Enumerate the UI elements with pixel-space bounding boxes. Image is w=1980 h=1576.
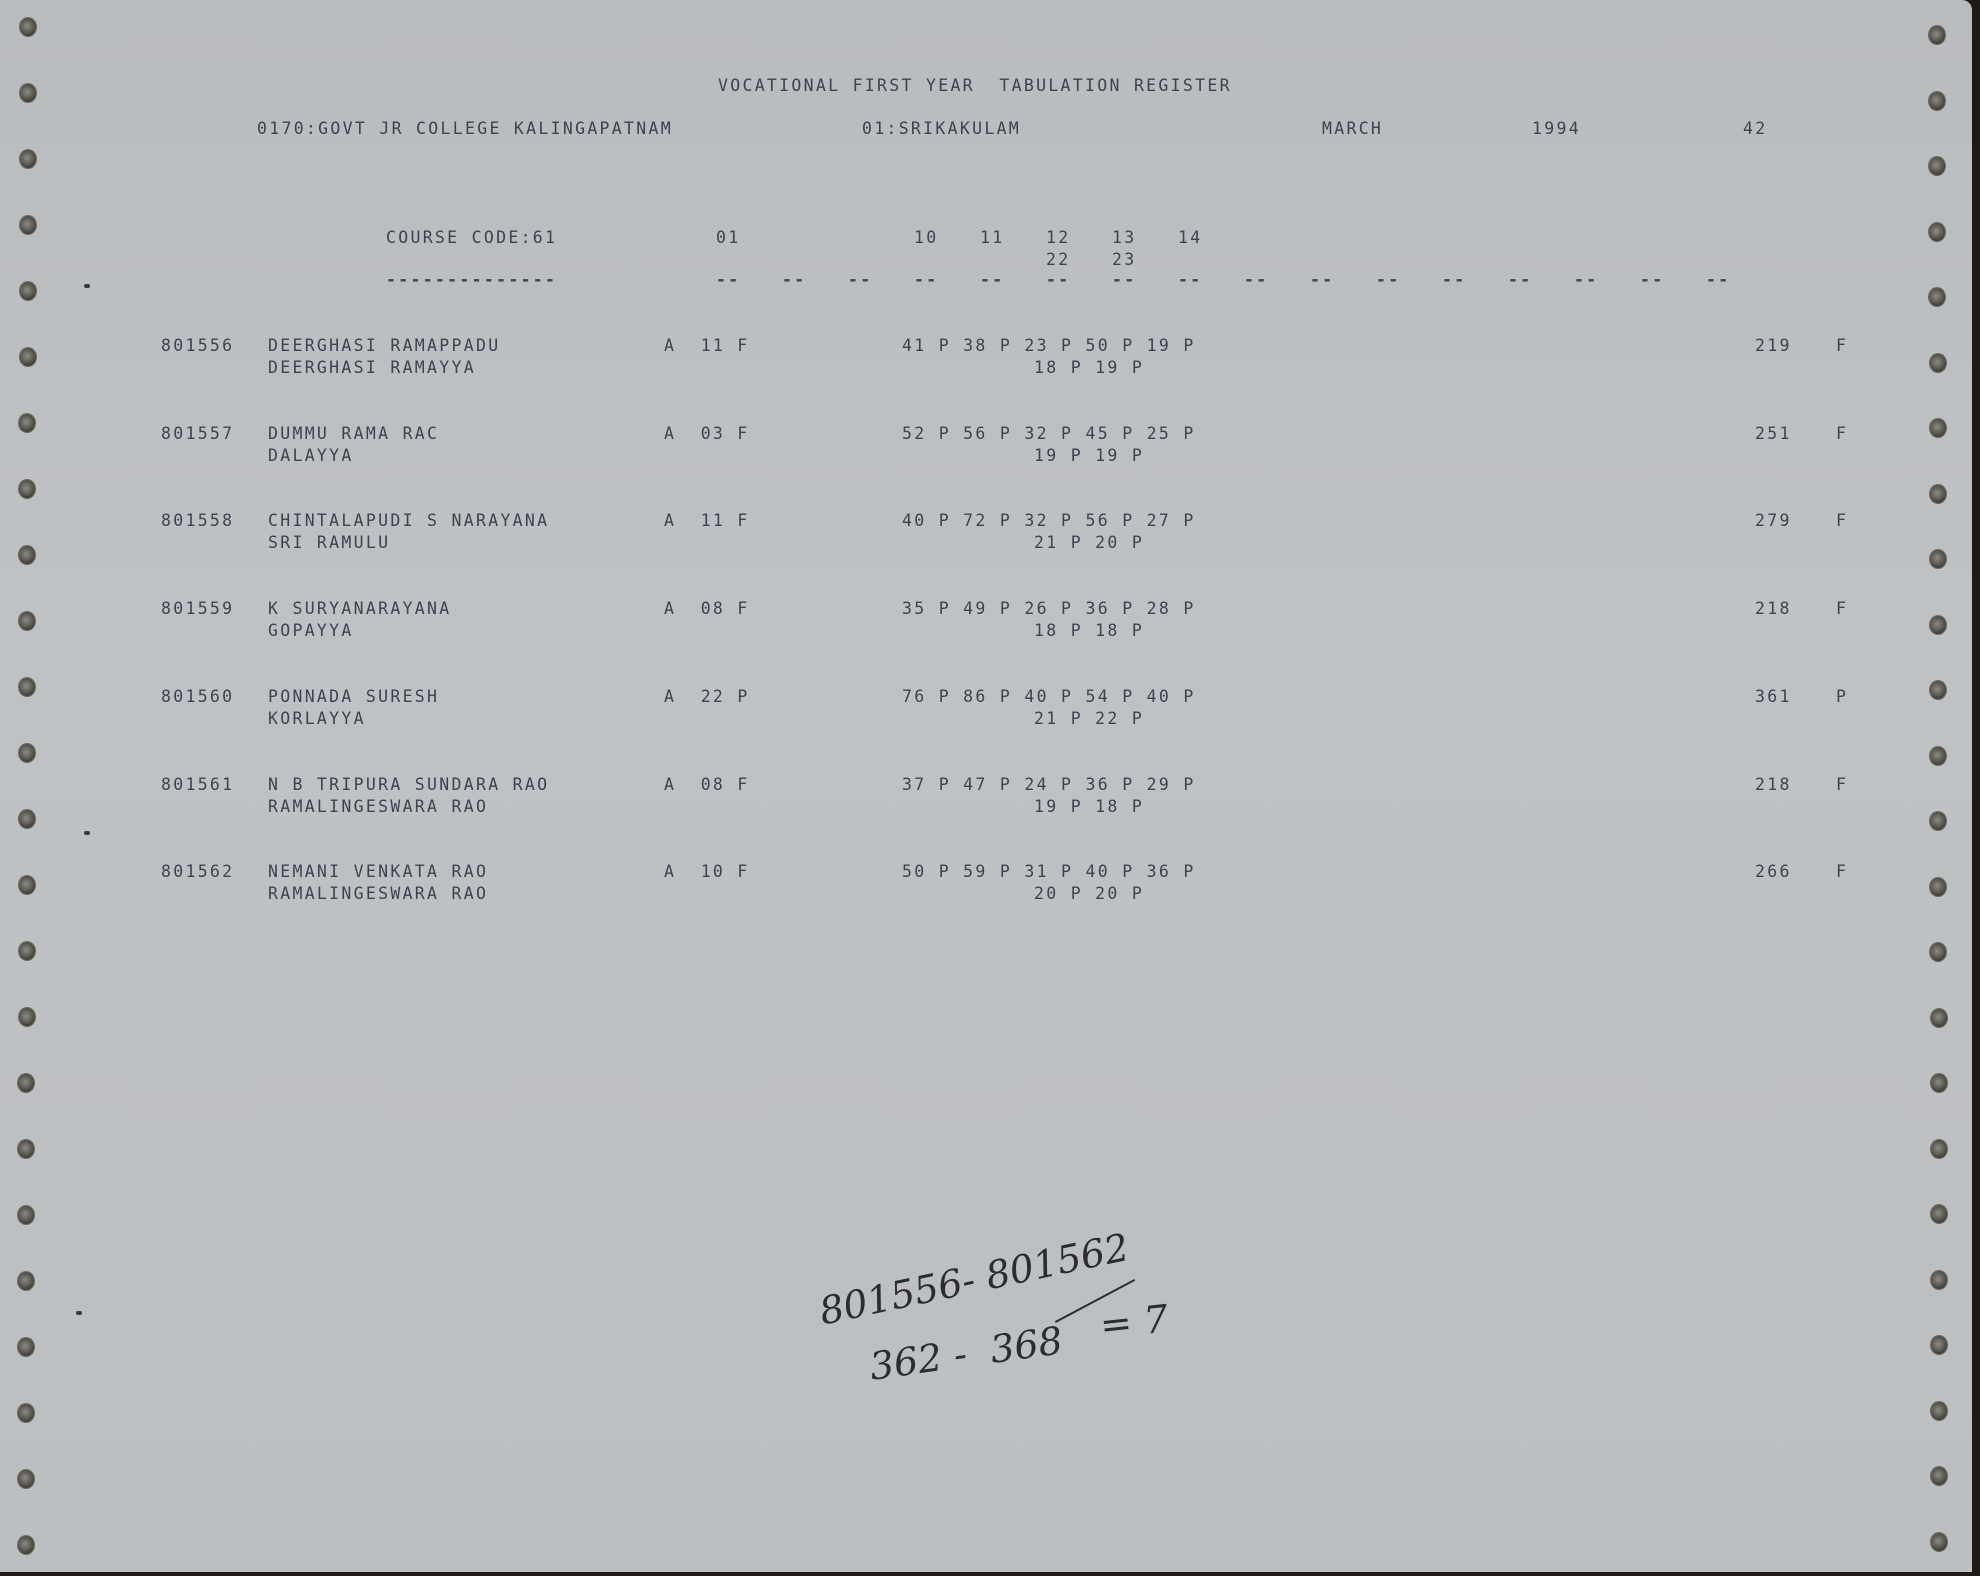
student-name: N B TRIPURA SUNDARA RAO — [268, 775, 549, 795]
column-dash: -- — [782, 270, 806, 290]
parent-name: GOPAYYA — [268, 621, 354, 641]
column-dash: -- — [1508, 270, 1532, 290]
sprocket-hole — [18, 1404, 34, 1422]
parent-name: DEERGHASI RAMAYYA — [268, 358, 476, 378]
subject-code: 12 — [1046, 228, 1070, 248]
part1-result: A 10 F — [664, 862, 750, 882]
sprocket-hole — [19, 744, 35, 762]
printout-page: VOCATIONAL FIRST YEAR TABULATION REGISTE… — [0, 0, 1972, 1572]
sprocket-hole — [19, 480, 35, 498]
sprocket-hole — [1930, 681, 1946, 699]
sprocket-hole — [1931, 1336, 1947, 1354]
part1-result: A 22 P — [664, 687, 750, 707]
subject-marks: 41 P 38 P 23 P 50 P 19 P — [902, 336, 1196, 356]
column-dash: -- — [1640, 270, 1664, 290]
sprocket-hole — [1930, 354, 1946, 372]
final-result: P — [1836, 687, 1848, 707]
course-code-label: COURSE CODE:61 — [386, 228, 557, 248]
column-dash: -- — [848, 270, 872, 290]
page-number: 42 — [1743, 119, 1767, 139]
subject-marks: 50 P 59 P 31 P 40 P 36 P — [902, 862, 1196, 882]
sprocket-hole — [1931, 1074, 1947, 1092]
sprocket-hole — [1930, 419, 1946, 437]
sprocket-hole — [1929, 223, 1945, 241]
total-marks: 218 — [1755, 599, 1792, 619]
sprocket-hole — [1931, 1205, 1947, 1223]
subject-code: 14 — [1178, 228, 1202, 248]
column-dash: -- — [1244, 270, 1268, 290]
district-name: 01:SRIKAKULAM — [862, 119, 1021, 139]
parent-name: KORLAYYA — [268, 709, 366, 729]
subject-code: 22 — [1046, 250, 1070, 270]
report-title: VOCATIONAL FIRST YEAR TABULATION REGISTE… — [718, 76, 1232, 96]
part1-result: A 03 F — [664, 424, 750, 444]
column-dash: -- — [1706, 270, 1730, 290]
sprocket-hole — [18, 1338, 34, 1356]
student-name: DUMMU RAMA RAC — [268, 424, 439, 444]
paper-speck — [84, 284, 90, 288]
parent-name: SRI RAMULU — [268, 533, 390, 553]
sprocket-hole — [18, 1272, 34, 1290]
final-result: F — [1836, 599, 1848, 619]
column-dash: -- — [716, 270, 740, 290]
hall-ticket-number: 801561 — [161, 775, 234, 795]
sprocket-hole — [1931, 1533, 1947, 1551]
column-dash: -- — [980, 270, 1004, 290]
subject-marks-second-line: 21 P 20 P — [1034, 533, 1144, 553]
sprocket-hole — [18, 1206, 34, 1224]
course-code-underline: -------------- — [386, 270, 557, 290]
subject-marks: 35 P 49 P 26 P 36 P 28 P — [902, 599, 1196, 619]
sprocket-hole — [19, 810, 35, 828]
sprocket-hole — [19, 612, 35, 630]
subject-marks: 76 P 86 P 40 P 54 P 40 P — [902, 687, 1196, 707]
student-name: DEERGHASI RAMAPPADU — [268, 336, 500, 356]
sprocket-hole — [1929, 288, 1945, 306]
sprocket-hole — [19, 1008, 35, 1026]
sprocket-hole — [1931, 1009, 1947, 1027]
handwritten-count: = 7 — [1098, 1297, 1170, 1348]
subject-marks-second-line: 18 P 19 P — [1034, 358, 1144, 378]
final-result: F — [1836, 862, 1848, 882]
sprocket-hole — [1931, 1467, 1947, 1485]
student-name: K SURYANARAYANA — [268, 599, 452, 619]
sprocket-hole — [1931, 1140, 1947, 1158]
total-marks: 251 — [1755, 424, 1792, 444]
hall-ticket-number: 801560 — [161, 687, 234, 707]
subject-marks: 52 P 56 P 32 P 45 P 25 P — [902, 424, 1196, 444]
hall-ticket-number: 801558 — [161, 511, 234, 531]
sprocket-hole — [1930, 878, 1946, 896]
sprocket-hole — [18, 1074, 34, 1092]
sprocket-hole — [1930, 616, 1946, 634]
hall-ticket-number: 801559 — [161, 599, 234, 619]
sprocket-hole — [19, 414, 35, 432]
sprocket-hole — [1929, 26, 1945, 44]
subject-code: 11 — [980, 228, 1004, 248]
total-marks: 266 — [1755, 862, 1792, 882]
hall-ticket-number: 801557 — [161, 424, 234, 444]
part1-result: A 11 F — [664, 511, 750, 531]
sprocket-hole — [19, 678, 35, 696]
exam-month: MARCH — [1322, 119, 1383, 139]
sprocket-hole — [18, 1140, 34, 1158]
subject-marks-second-line: 21 P 22 P — [1034, 709, 1144, 729]
subject-code: 23 — [1112, 250, 1136, 270]
subject-marks: 37 P 47 P 24 P 36 P 29 P — [902, 775, 1196, 795]
parent-name: RAMALINGESWARA RAO — [268, 884, 488, 904]
paper-speck — [76, 1311, 82, 1315]
column-dash: -- — [914, 270, 938, 290]
part1-result: A 11 F — [664, 336, 750, 356]
parent-name: DALAYYA — [268, 446, 354, 466]
handwritten-serial-range: 362 - 368 — [867, 1318, 1065, 1389]
sprocket-hole — [1930, 943, 1946, 961]
paper-speck — [84, 831, 90, 835]
subject-marks-second-line: 19 P 18 P — [1034, 797, 1144, 817]
final-result: F — [1836, 336, 1848, 356]
student-name: PONNADA SURESH — [268, 687, 439, 707]
exam-year: 1994 — [1532, 119, 1581, 139]
part1-result: A 08 F — [664, 599, 750, 619]
total-marks: 219 — [1755, 336, 1792, 356]
total-marks: 279 — [1755, 511, 1792, 531]
sprocket-hole — [20, 18, 36, 36]
hall-ticket-number: 801556 — [161, 336, 234, 356]
sprocket-hole — [1929, 92, 1945, 110]
college-name: 0170:GOVT JR COLLEGE KALINGAPATNAM — [257, 119, 673, 139]
total-marks: 361 — [1755, 687, 1792, 707]
column-dash: -- — [1178, 270, 1202, 290]
subject-marks-second-line: 20 P 20 P — [1034, 884, 1144, 904]
sprocket-hole — [20, 282, 36, 300]
final-result: F — [1836, 424, 1848, 444]
column-dash: -- — [1574, 270, 1598, 290]
sprocket-hole — [19, 546, 35, 564]
column-dash: -- — [1442, 270, 1466, 290]
sprocket-hole — [18, 1470, 34, 1488]
column-dash: -- — [1310, 270, 1334, 290]
sprocket-hole — [20, 84, 36, 102]
part1-result: A 08 F — [664, 775, 750, 795]
column-dash: -- — [1046, 270, 1070, 290]
subject-marks-second-line: 19 P 19 P — [1034, 446, 1144, 466]
subject-marks: 40 P 72 P 32 P 56 P 27 P — [902, 511, 1196, 531]
total-marks: 218 — [1755, 775, 1792, 795]
parent-name: RAMALINGESWARA RAO — [268, 797, 488, 817]
subject-code: 10 — [914, 228, 938, 248]
sprocket-hole — [20, 348, 36, 366]
handwritten-range: 801556- 801562 — [815, 1225, 1132, 1334]
sprocket-hole — [1931, 1271, 1947, 1289]
final-result: F — [1836, 775, 1848, 795]
sprocket-hole — [1929, 157, 1945, 175]
column-dash: -- — [1376, 270, 1400, 290]
sprocket-hole — [19, 942, 35, 960]
column-dash: -- — [1112, 270, 1136, 290]
student-name: CHINTALAPUDI S NARAYANA — [268, 511, 549, 531]
subject-code: 01 — [716, 228, 740, 248]
sprocket-hole — [20, 150, 36, 168]
student-name: NEMANI VENKATA RAO — [268, 862, 488, 882]
sprocket-hole — [1930, 747, 1946, 765]
sprocket-hole — [20, 216, 36, 234]
subject-marks-second-line: 18 P 18 P — [1034, 621, 1144, 641]
sprocket-hole — [1931, 1402, 1947, 1420]
hall-ticket-number: 801562 — [161, 862, 234, 882]
final-result: F — [1836, 511, 1848, 531]
sprocket-hole — [1930, 550, 1946, 568]
subject-code: 13 — [1112, 228, 1136, 248]
sprocket-hole — [1930, 812, 1946, 830]
sprocket-hole — [19, 876, 35, 894]
sprocket-hole — [1930, 485, 1946, 503]
sprocket-hole — [18, 1536, 34, 1554]
